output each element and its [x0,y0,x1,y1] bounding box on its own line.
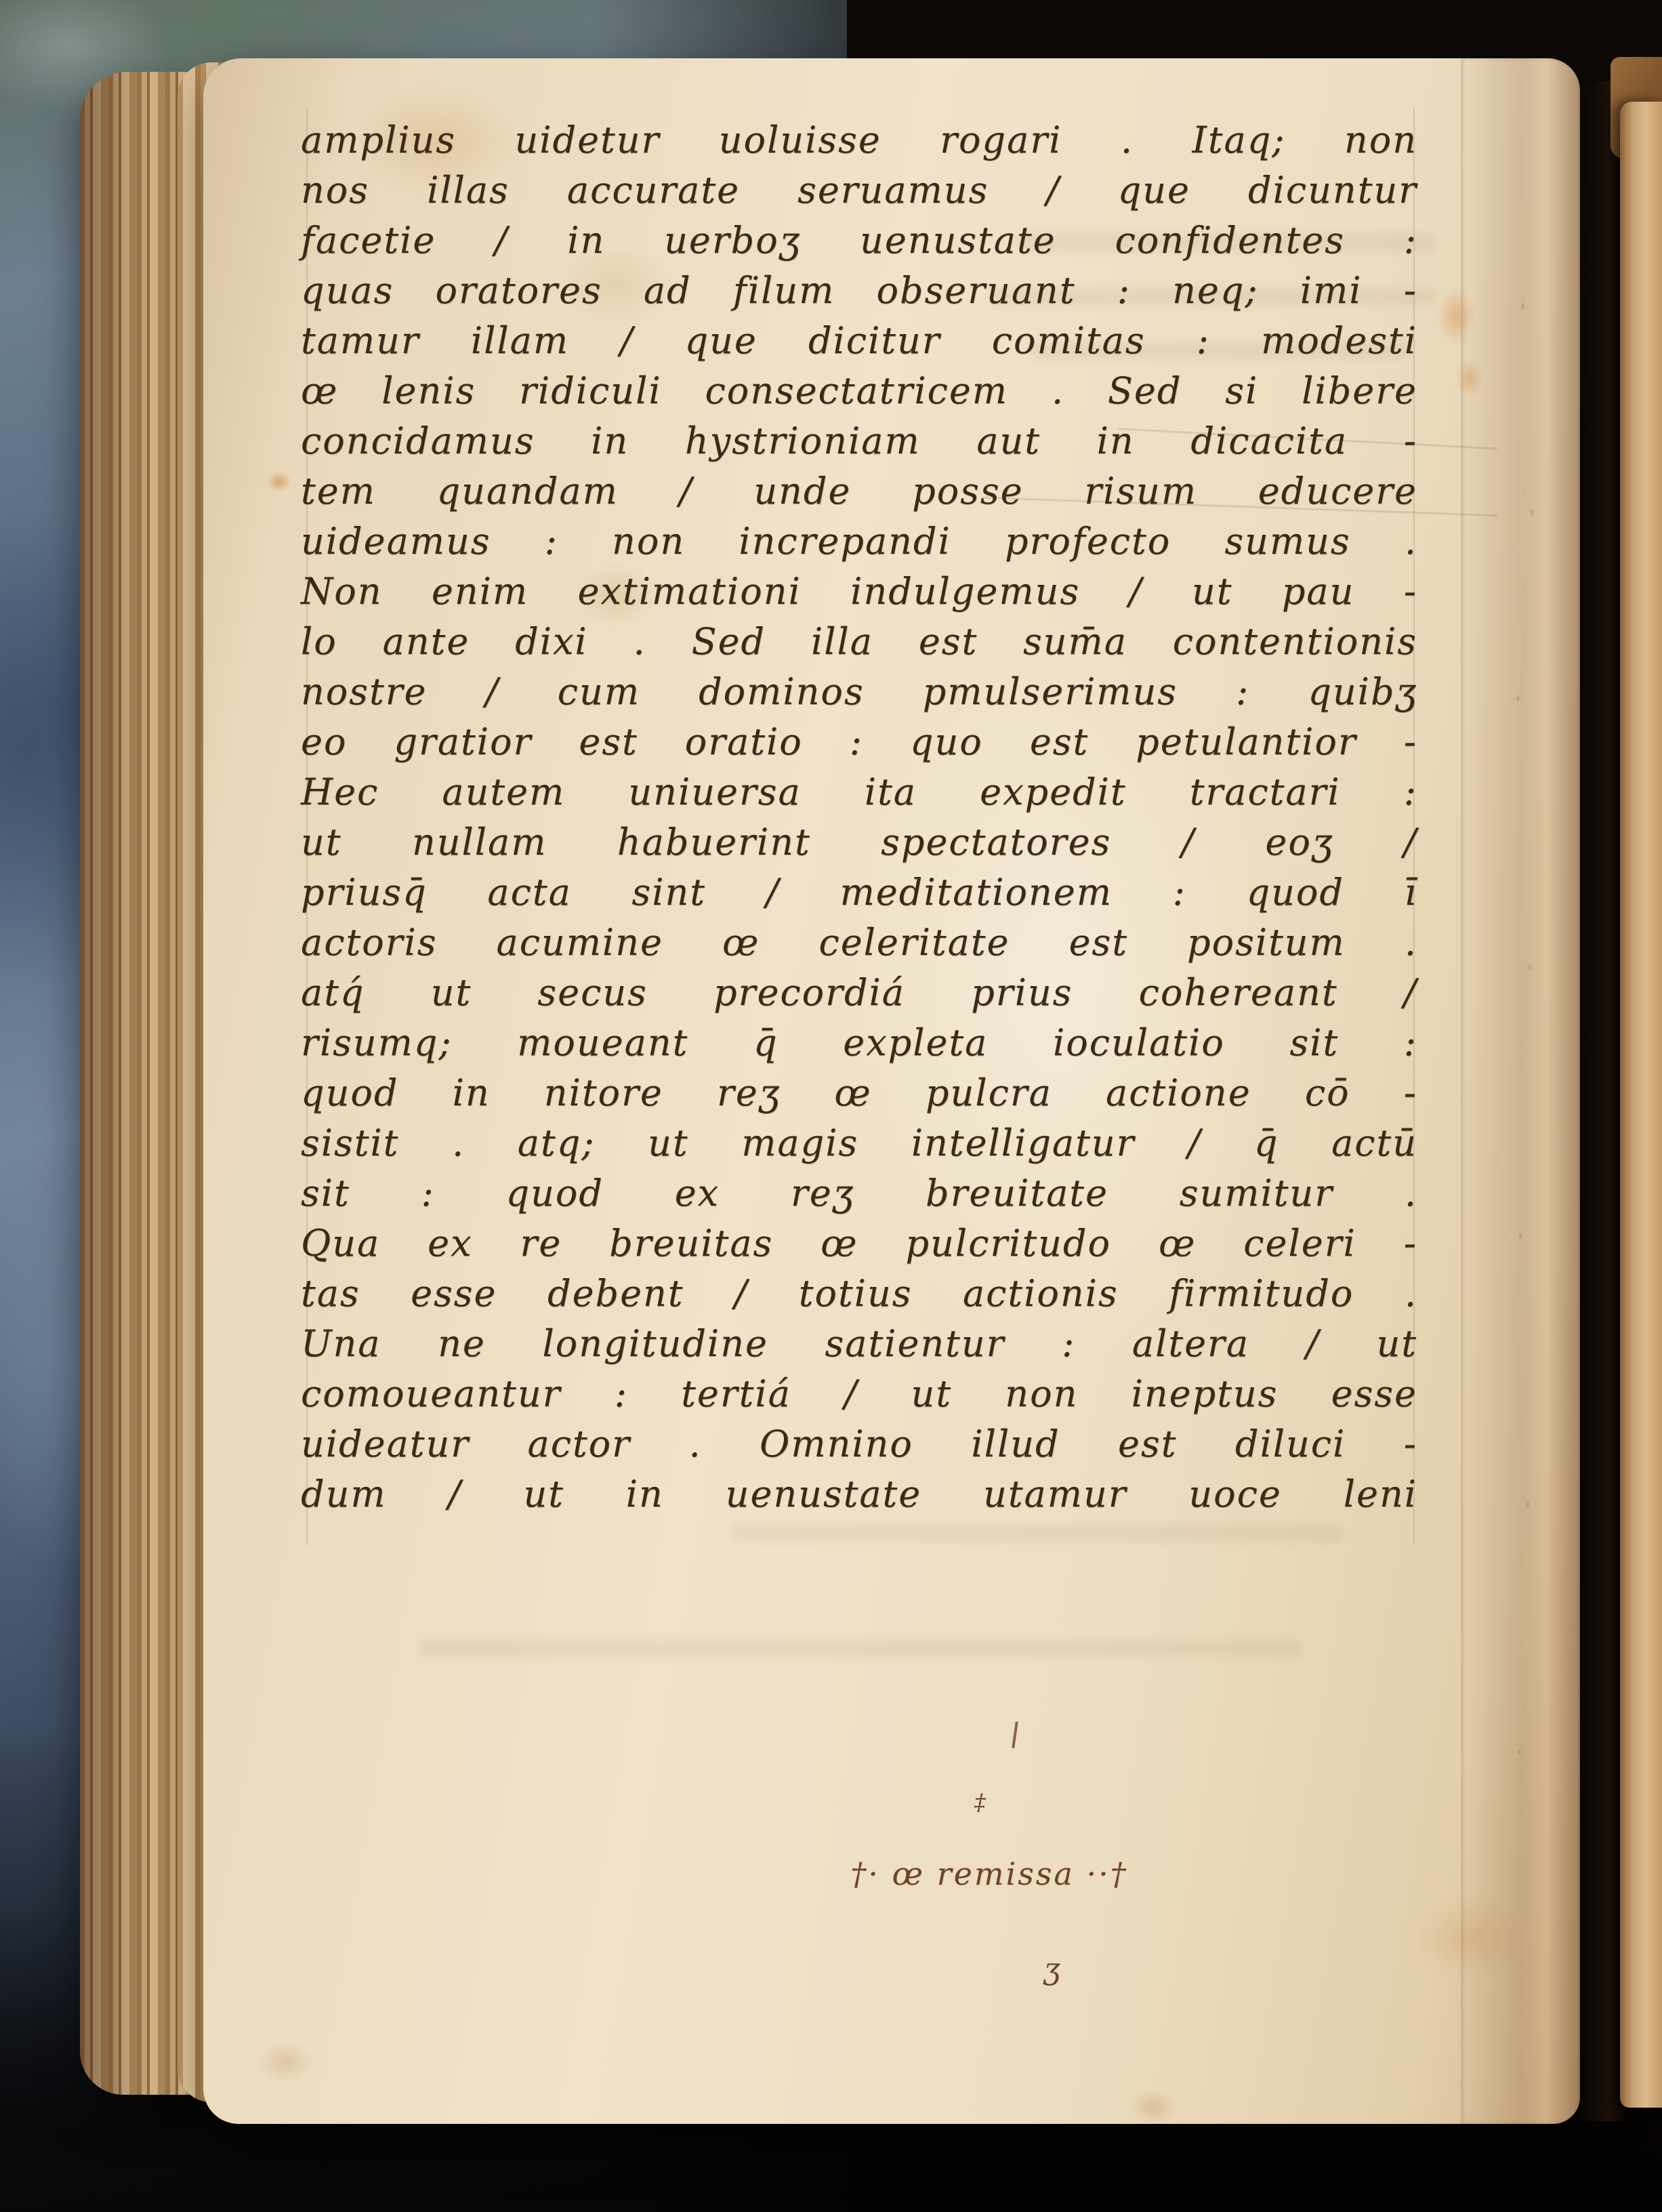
manuscript-text-line: actoris acumine œ celeritate est positum… [301,918,1417,968]
manuscript-text-line: œ lenis ridiculi consectatricem . Sed si… [301,366,1417,416]
manuscript-text-line: quod in nitore reʒ œ pulcra actione cō - [301,1068,1417,1118]
next-page-edge [1620,102,1662,2108]
manuscript-text-line: priusq̄ acta sint / meditationem : quod … [301,867,1417,918]
manuscript-text-line: sit : quod ex reʒ breuitate sumitur . [301,1168,1417,1218]
manuscript-text-line: uideamus : non increpandi profecto sumus… [301,516,1417,567]
catchword-mark-above: ‡ [974,1789,986,1816]
manuscript-text-line: nos illas accurate seruamus / que dicunt… [301,165,1417,216]
manuscript-photo: amplius uidetur uoluisse rogari . Itaq; … [0,0,1662,2212]
manuscript-text-line: concidamus in hystrioniam aut in dicacit… [301,416,1417,466]
manuscript-text-line: atq́ ut secus precordiá prius cohereant … [301,968,1417,1018]
catchword-flourish-below: ʒ [1043,1952,1060,1986]
manuscript-text-line: quas oratores ad filum obseruant : neq; … [301,266,1417,316]
manuscript-text-line: tas esse debent / totius actionis firmit… [301,1269,1417,1319]
text-block: amplius uidetur uoluisse rogari . Itaq; … [301,115,1417,1519]
manuscript-text-line: uideatur actor . Omnino illud est diluci… [301,1419,1417,1469]
manuscript-text-line: nostre / cum dominos pmulserimus : quibʒ [301,667,1417,717]
catchword: †· œ remissa ··† [718,1856,1260,1892]
manuscript-text-line: risumq; moueant q̄ expleta ioculatio sit… [301,1018,1417,1068]
manuscript-text-line: Una ne longitudine satientur : altera / … [301,1319,1417,1369]
manuscript-text-line: tamur illam / que dicitur comitas : mode… [301,316,1417,366]
manuscript-text-line: facetie / in uerboʒ uenustate confidente… [301,216,1417,266]
manuscript-text-line: Qua ex re breuitas œ pulcritudo œ celeri… [301,1218,1417,1269]
gutter-shadow [1577,81,1625,2121]
manuscript-text-line: Hec autem uniuersa ita expedit tractari … [301,767,1417,817]
manuscript-text-line: dum / ut in uenustate utamur uoce leni [301,1469,1417,1519]
manuscript-text-line: tem quandam / unde posse risum educere [301,466,1417,516]
manuscript-text-line: Non enim extimationi indulgemus / ut pau… [301,567,1417,617]
catchword-text: †· œ remissa ··† [850,1856,1127,1892]
manuscript-text-line: comoueantur : tertiá / ut non ineptus es… [301,1369,1417,1419]
manuscript-text-line: ut nullam habuerint spectatores / eoʒ / [301,817,1417,867]
manuscript-text-line: sistit . atq; ut magis intelligatur / q̄… [301,1118,1417,1168]
manuscript-text-line: lo ante dixi . Sed illa est sum̄a conten… [301,617,1417,667]
manuscript-text-line: amplius uidetur uoluisse rogari . Itaq; … [301,115,1417,165]
manuscript-text-line: eo gratior est oratio : quo est petulant… [301,717,1417,767]
bleed-through [732,1525,1342,1541]
fore-edge-fold [1461,58,1580,2124]
bleed-through [420,1640,1301,1656]
